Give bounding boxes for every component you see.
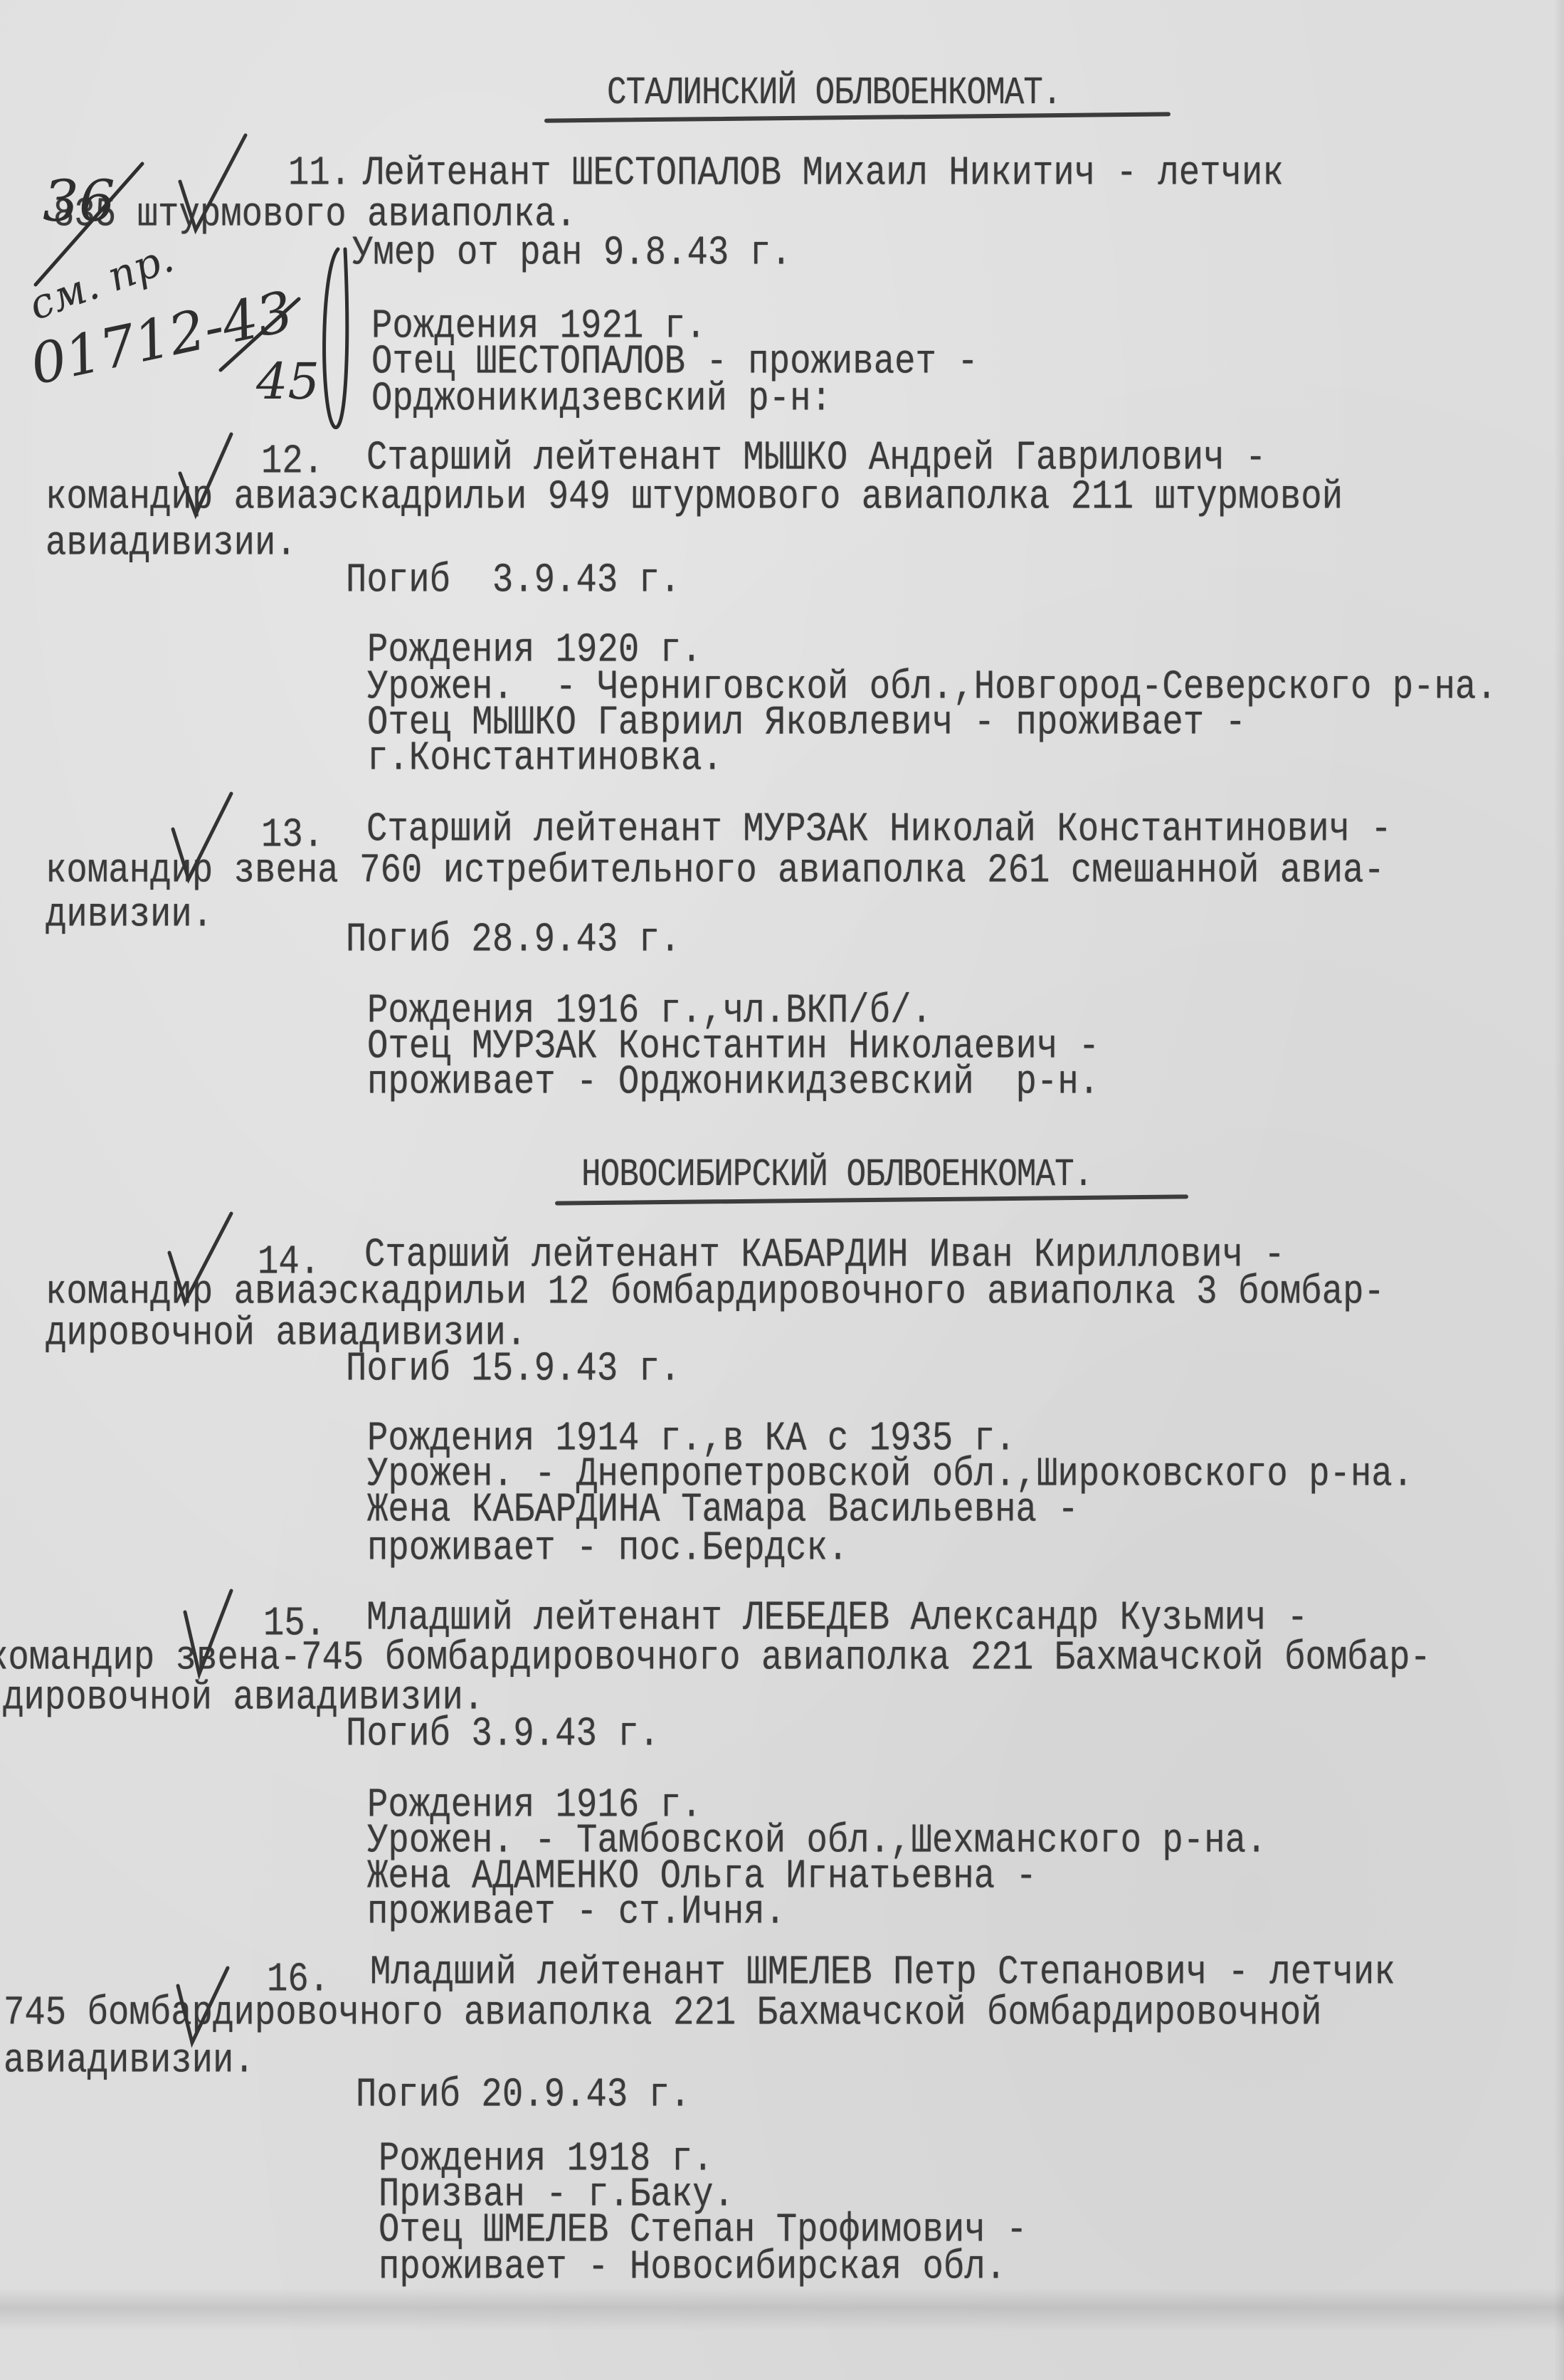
entry-13-detail-3: проживает - Орджоникидзевский р-н. (367, 1058, 1099, 1105)
entry-11-fate: Умер от ран 9.8.43 г. (352, 229, 792, 276)
entry-16-fate: Погиб 20.9.43 г. (356, 2071, 690, 2118)
svg-text:36: 36 (43, 168, 115, 234)
entry-12-line-3: авиадивизии. (46, 520, 297, 567)
entry-13-line-3: дивизии. (46, 891, 213, 938)
entry-13-line-1: Старший лейтенант МУРЗАК Николай Констан… (366, 806, 1392, 853)
checkmark-icon (167, 790, 245, 886)
entry-14-fate: Погиб 15.9.43 г. (346, 1345, 680, 1392)
scanned-document-page: СТАЛИНСКИЙ ОБЛВОЕНКОМАТ. 11. Лейтенант Ш… (0, 0, 1564, 2380)
checkmark-icon (174, 431, 253, 527)
checkmark-icon (174, 1964, 238, 2053)
entry-12-detail-4: г.Константиновка. (367, 734, 723, 781)
entry-15-fate: Погиб 3.9.43 г. (346, 1710, 660, 1757)
entry-13-fate: Погиб 28.9.43 г. (346, 916, 680, 963)
section-header-stalinsky: СТАЛИНСКИЙ ОБЛВОЕНКОМАТ. (607, 70, 1062, 117)
entry-14-detail-4: проживает - пос.Бердск. (367, 1525, 848, 1571)
entry-12-fate: Погиб 3.9.43 г. (346, 557, 680, 604)
checkmark-icon (174, 132, 253, 242)
entry-16-detail-4: проживает - Новосибирская обл. (379, 2243, 1006, 2290)
section-header-novosibirsky: НОВОСИБИРСКИЙ ОБЛВОЕНКОМАТ. (581, 1152, 1092, 1199)
entry-11-line-1: Лейтенант ШЕСТОПАЛОВ Михаил Никитич - ле… (363, 149, 1284, 196)
page-fold-shadow (0, 2288, 1564, 2331)
svg-text:45: 45 (255, 352, 319, 411)
entry-14-line-2: командир авиаэскадрильи 12 бомбардировоч… (46, 1268, 1385, 1315)
entry-13-line-2: командир звена 760 истребительного авиап… (46, 847, 1385, 894)
checkmark-icon (181, 1587, 245, 1683)
entry-11-detail-3: Орджоникидзевский р-н: (371, 375, 832, 422)
entry-15-detail-4: проживает - ст.Ичня. (367, 1888, 786, 1935)
checkmark-icon (164, 1210, 242, 1313)
